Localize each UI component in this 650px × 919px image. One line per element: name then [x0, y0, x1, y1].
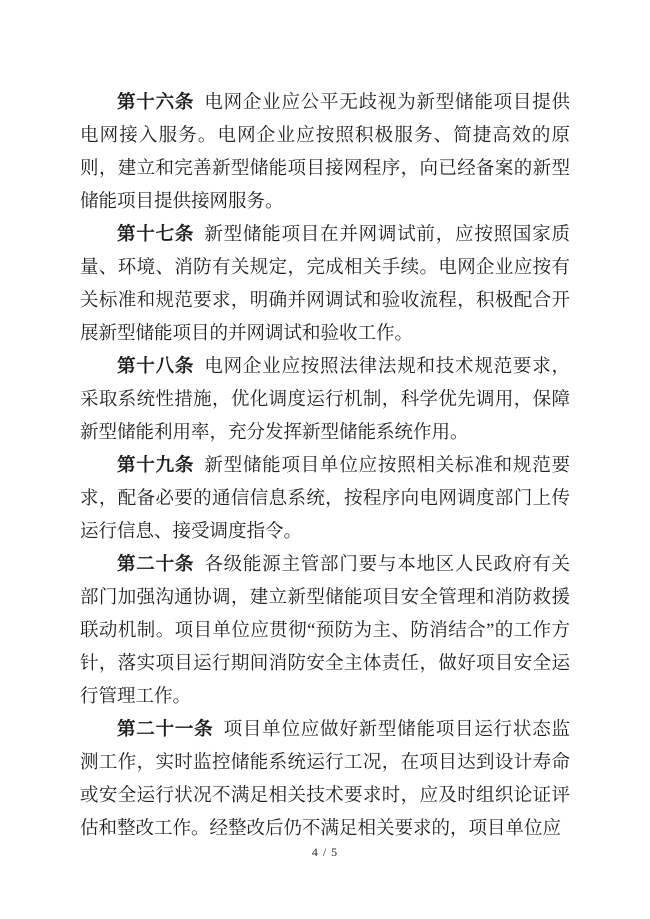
- article-number: 第十九条: [117, 456, 194, 476]
- article-number: 第二十一条: [117, 720, 213, 740]
- article-number: 第十六条: [117, 93, 194, 113]
- document-page: 第十六条电网企业应公平无歧视为新型储能项目提供电网接入服务。电网企业应按照积极服…: [0, 0, 650, 919]
- article-paragraph-16: 第十六条电网企业应公平无歧视为新型储能项目提供电网接入服务。电网企业应按照积极服…: [80, 87, 570, 219]
- article-number: 第二十条: [117, 555, 194, 575]
- article-paragraph-18: 第十八条电网企业应按照法律法规和技术规范要求，采取系统性措施，优化调度运行机制，…: [80, 351, 570, 450]
- article-text: 各级能源主管部门要与本地区人民政府有关部门加强沟通协调，建立新型储能项目安全管理…: [80, 555, 570, 707]
- document-body: 第十六条电网企业应公平无歧视为新型储能项目提供电网接入服务。电网企业应按照积极服…: [80, 87, 570, 846]
- article-number: 第十八条: [117, 357, 194, 377]
- page-footer: 4 / 5: [0, 845, 650, 860]
- article-paragraph-19: 第十九条新型储能项目单位应按照相关标准和规范要求，配备必要的通信信息系统，按程序…: [80, 450, 570, 549]
- page-number: 4 / 5: [312, 845, 338, 859]
- article-paragraph-21: 第二十一条项目单位应做好新型储能项目运行状态监测工作，实时监控储能系统运行工况，…: [80, 714, 570, 846]
- article-number: 第十七条: [117, 225, 194, 245]
- article-paragraph-17: 第十七条新型储能项目在并网调试前，应按照国家质量、环境、消防有关规定，完成相关手…: [80, 219, 570, 351]
- article-paragraph-20: 第二十条各级能源主管部门要与本地区人民政府有关部门加强沟通协调，建立新型储能项目…: [80, 549, 570, 714]
